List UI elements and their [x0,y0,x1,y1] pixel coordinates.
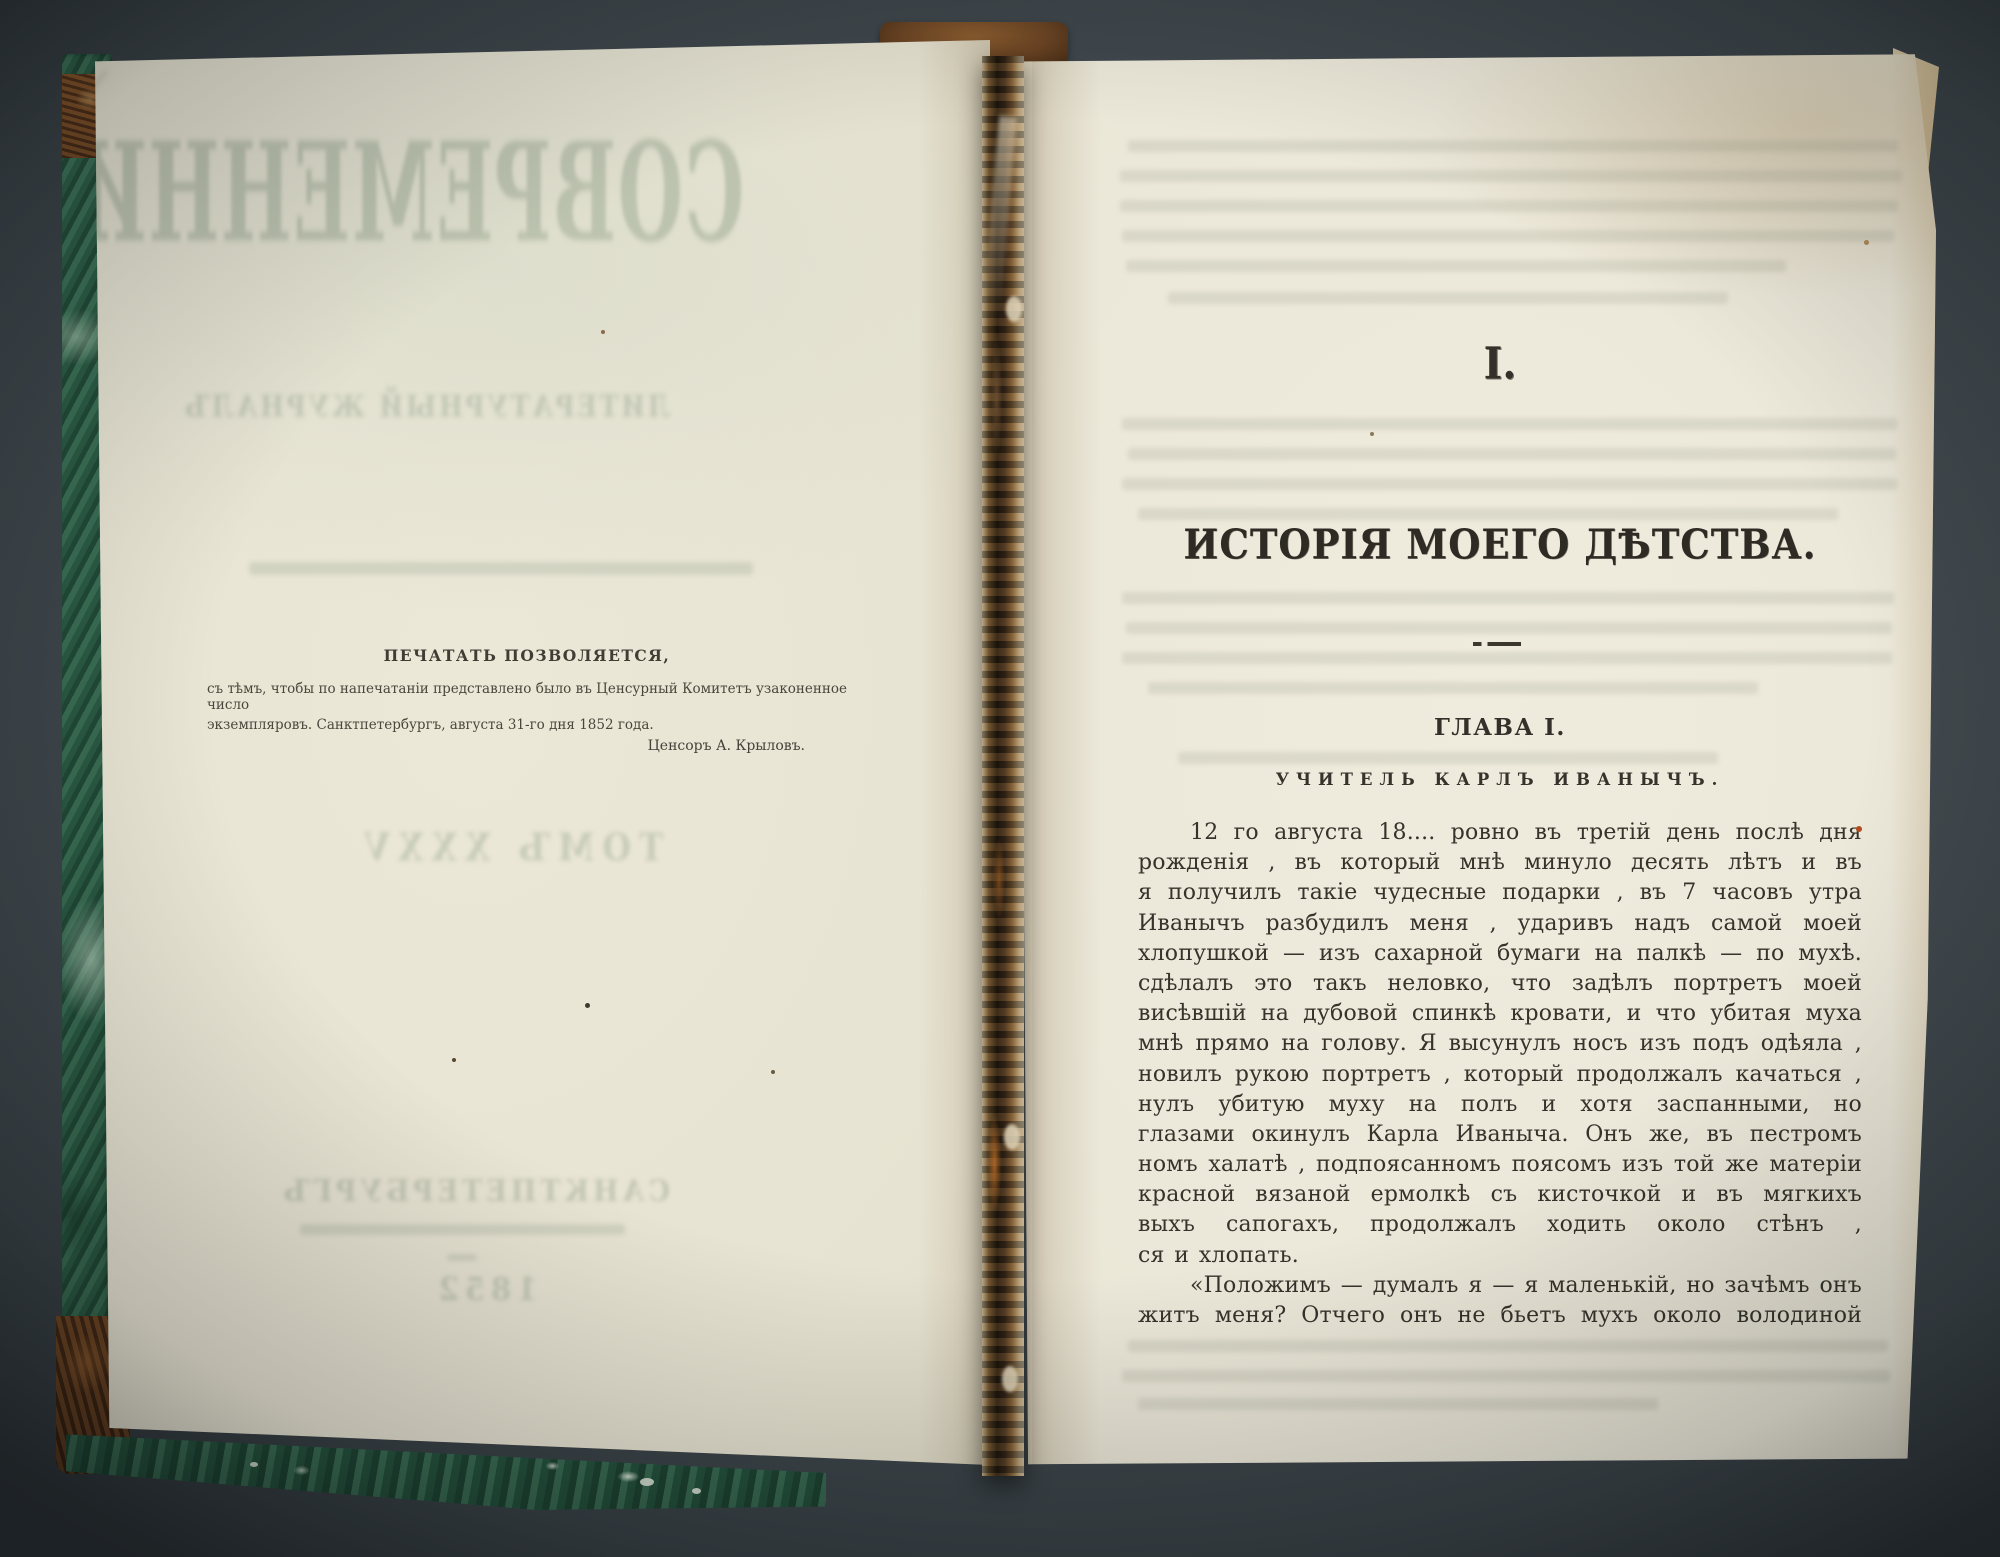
showthrough-volume-mirrored: ТОМЪ XXXV [350,825,670,870]
title-divider-rule [1473,642,1521,646]
binding-fiber [981,116,1017,327]
imprimatur-body-line2: экземпляровъ. Санктпетербургъ, августа 3… [207,717,847,733]
showthrough-bar [1122,478,1897,490]
stitch-thread [1004,1124,1020,1150]
spine-gutter [982,56,1024,1476]
book-title: ИСТОРІЯ МОЕГО ДѢТСТВА. [1138,519,1862,568]
body-line: хлопушкой — изъ сахарной бумаги на палкѣ… [1138,939,1862,969]
body-paragraph: 12 го августа 18.... ровно въ третій ден… [1138,818,1862,1331]
showthrough-bar [1122,418,1897,430]
showthrough-city-mirrored: САНКТПЕТЕРБУРГЪ [310,1174,670,1208]
showthrough-year-mirrored: 1852 [415,1270,555,1307]
showthrough-subtitle-mirrored: ЛИТЕРАТУРНЫЙ ЖУРНАЛЪ [310,389,670,424]
showthrough-bar [1128,448,1896,460]
body-line: «Положимъ — думалъ я — я маленькій, но з… [1138,1271,1862,1301]
body-line: глазами окинулъ Карла Иваныча. Онъ же, в… [1138,1120,1862,1150]
showthrough-bar [1120,170,1902,182]
stitch-thread [1006,296,1022,322]
part-number: I. [1138,338,1862,390]
body-line: житъ меня? Отчего онъ не бьетъ мухъ окол… [1138,1301,1862,1331]
foxing-speck [601,330,605,334]
imprimatur-block: ПЕЧАТАТЬ ПОЗВОЛЯЕТСЯ, съ тѣмъ, чтобы по … [207,646,847,754]
body-line: новилъ рукою портретъ , который продолжа… [1138,1060,1862,1090]
chapter-subtitle: УЧИТЕЛЬ КАРЛЪ ИВАНЫЧЪ. [1138,770,1862,789]
ink-speck [585,1003,590,1008]
imprimatur-censor-signature: Ценсоръ А. Крыловъ. [207,738,847,754]
showthrough-bar [1138,508,1838,520]
showthrough-bar [1128,1340,1888,1352]
cover-paint-fleck [250,1462,258,1467]
showthrough-bar [1126,260,1786,272]
body-line: я получилъ такіе чудесные подарки , въ 7… [1138,878,1862,908]
body-line: рожденія , въ который мнѣ минуло десять … [1138,848,1862,878]
showthrough-masthead-mirrored: СОВРЕМЕННИКЪ [206,112,744,272]
body-line: выхъ сапогахъ, продолжалъ ходить около с… [1138,1210,1862,1240]
showthrough-bar [1122,1370,1890,1382]
foxing-speck [1856,826,1862,832]
showthrough-dash-blur [447,1254,477,1261]
showthrough-bar [1122,592,1894,604]
body-line: 12 го августа 18.... ровно въ третій ден… [1138,818,1862,848]
stitch-thread [1002,1366,1018,1392]
showthrough-bar [1178,752,1718,764]
body-line: красной вязаной ермолкѣ съ кисточкой и в… [1138,1180,1862,1210]
showthrough-bar [1120,200,1898,212]
body-line: висѣвшій на дубовой спинкѣ кровати, и чт… [1138,999,1862,1029]
ink-speck [771,1070,775,1074]
showthrough-bar [1126,622,1892,634]
body-line: мнѣ прямо на голову. Я высунулъ носъ изъ… [1138,1029,1862,1059]
showthrough-line-blur [300,1224,625,1235]
foxing-speck [1864,240,1869,245]
showthrough-bar [1168,292,1728,304]
left-page: СОВРЕМЕННИКЪ ЛИТЕРАТУРНЫЙ ЖУРНАЛЪ ТОМЪ X… [95,40,990,1465]
body-line: сдѣлалъ это такъ неловко, что задѣлъ пор… [1138,969,1862,999]
ink-speck [452,1058,456,1062]
photo-stage: СОВРЕМЕННИКЪ ЛИТЕРАТУРНЫЙ ЖУРНАЛЪ ТОМЪ X… [0,0,2000,1557]
body-line: номъ халатѣ , подпоясанномъ поясомъ изъ … [1138,1150,1862,1180]
showthrough-bar [1148,682,1758,694]
cover-paint-fleck [640,1478,654,1486]
showthrough-bar [1128,140,1898,152]
showthrough-bar [1122,230,1894,242]
foxing-speck [1370,432,1374,436]
showthrough-bar [1122,652,1892,664]
body-line: нулъ убитую муху на полъ и хотя заспанны… [1138,1090,1862,1120]
body-line: ся и хлопать. [1138,1241,1862,1271]
showthrough-line-blur [249,562,753,575]
imprimatur-heading: ПЕЧАТАТЬ ПОЗВОЛЯЕТСЯ, [207,646,847,665]
body-line: Иванычъ разбудилъ меня , ударивъ надъ са… [1138,909,1862,939]
showthrough-bar [1138,1398,1658,1410]
imprimatur-body-line1: съ тѣмъ, чтобы по напечатаніи представле… [207,681,847,713]
cover-paint-fleck [692,1488,701,1494]
chapter-heading: ГЛАВА I. [1138,714,1862,741]
right-page: I. ИСТОРІЯ МОЕГО ДѢТСТВА. ГЛАВА I. УЧИТЕ… [1018,40,1936,1470]
